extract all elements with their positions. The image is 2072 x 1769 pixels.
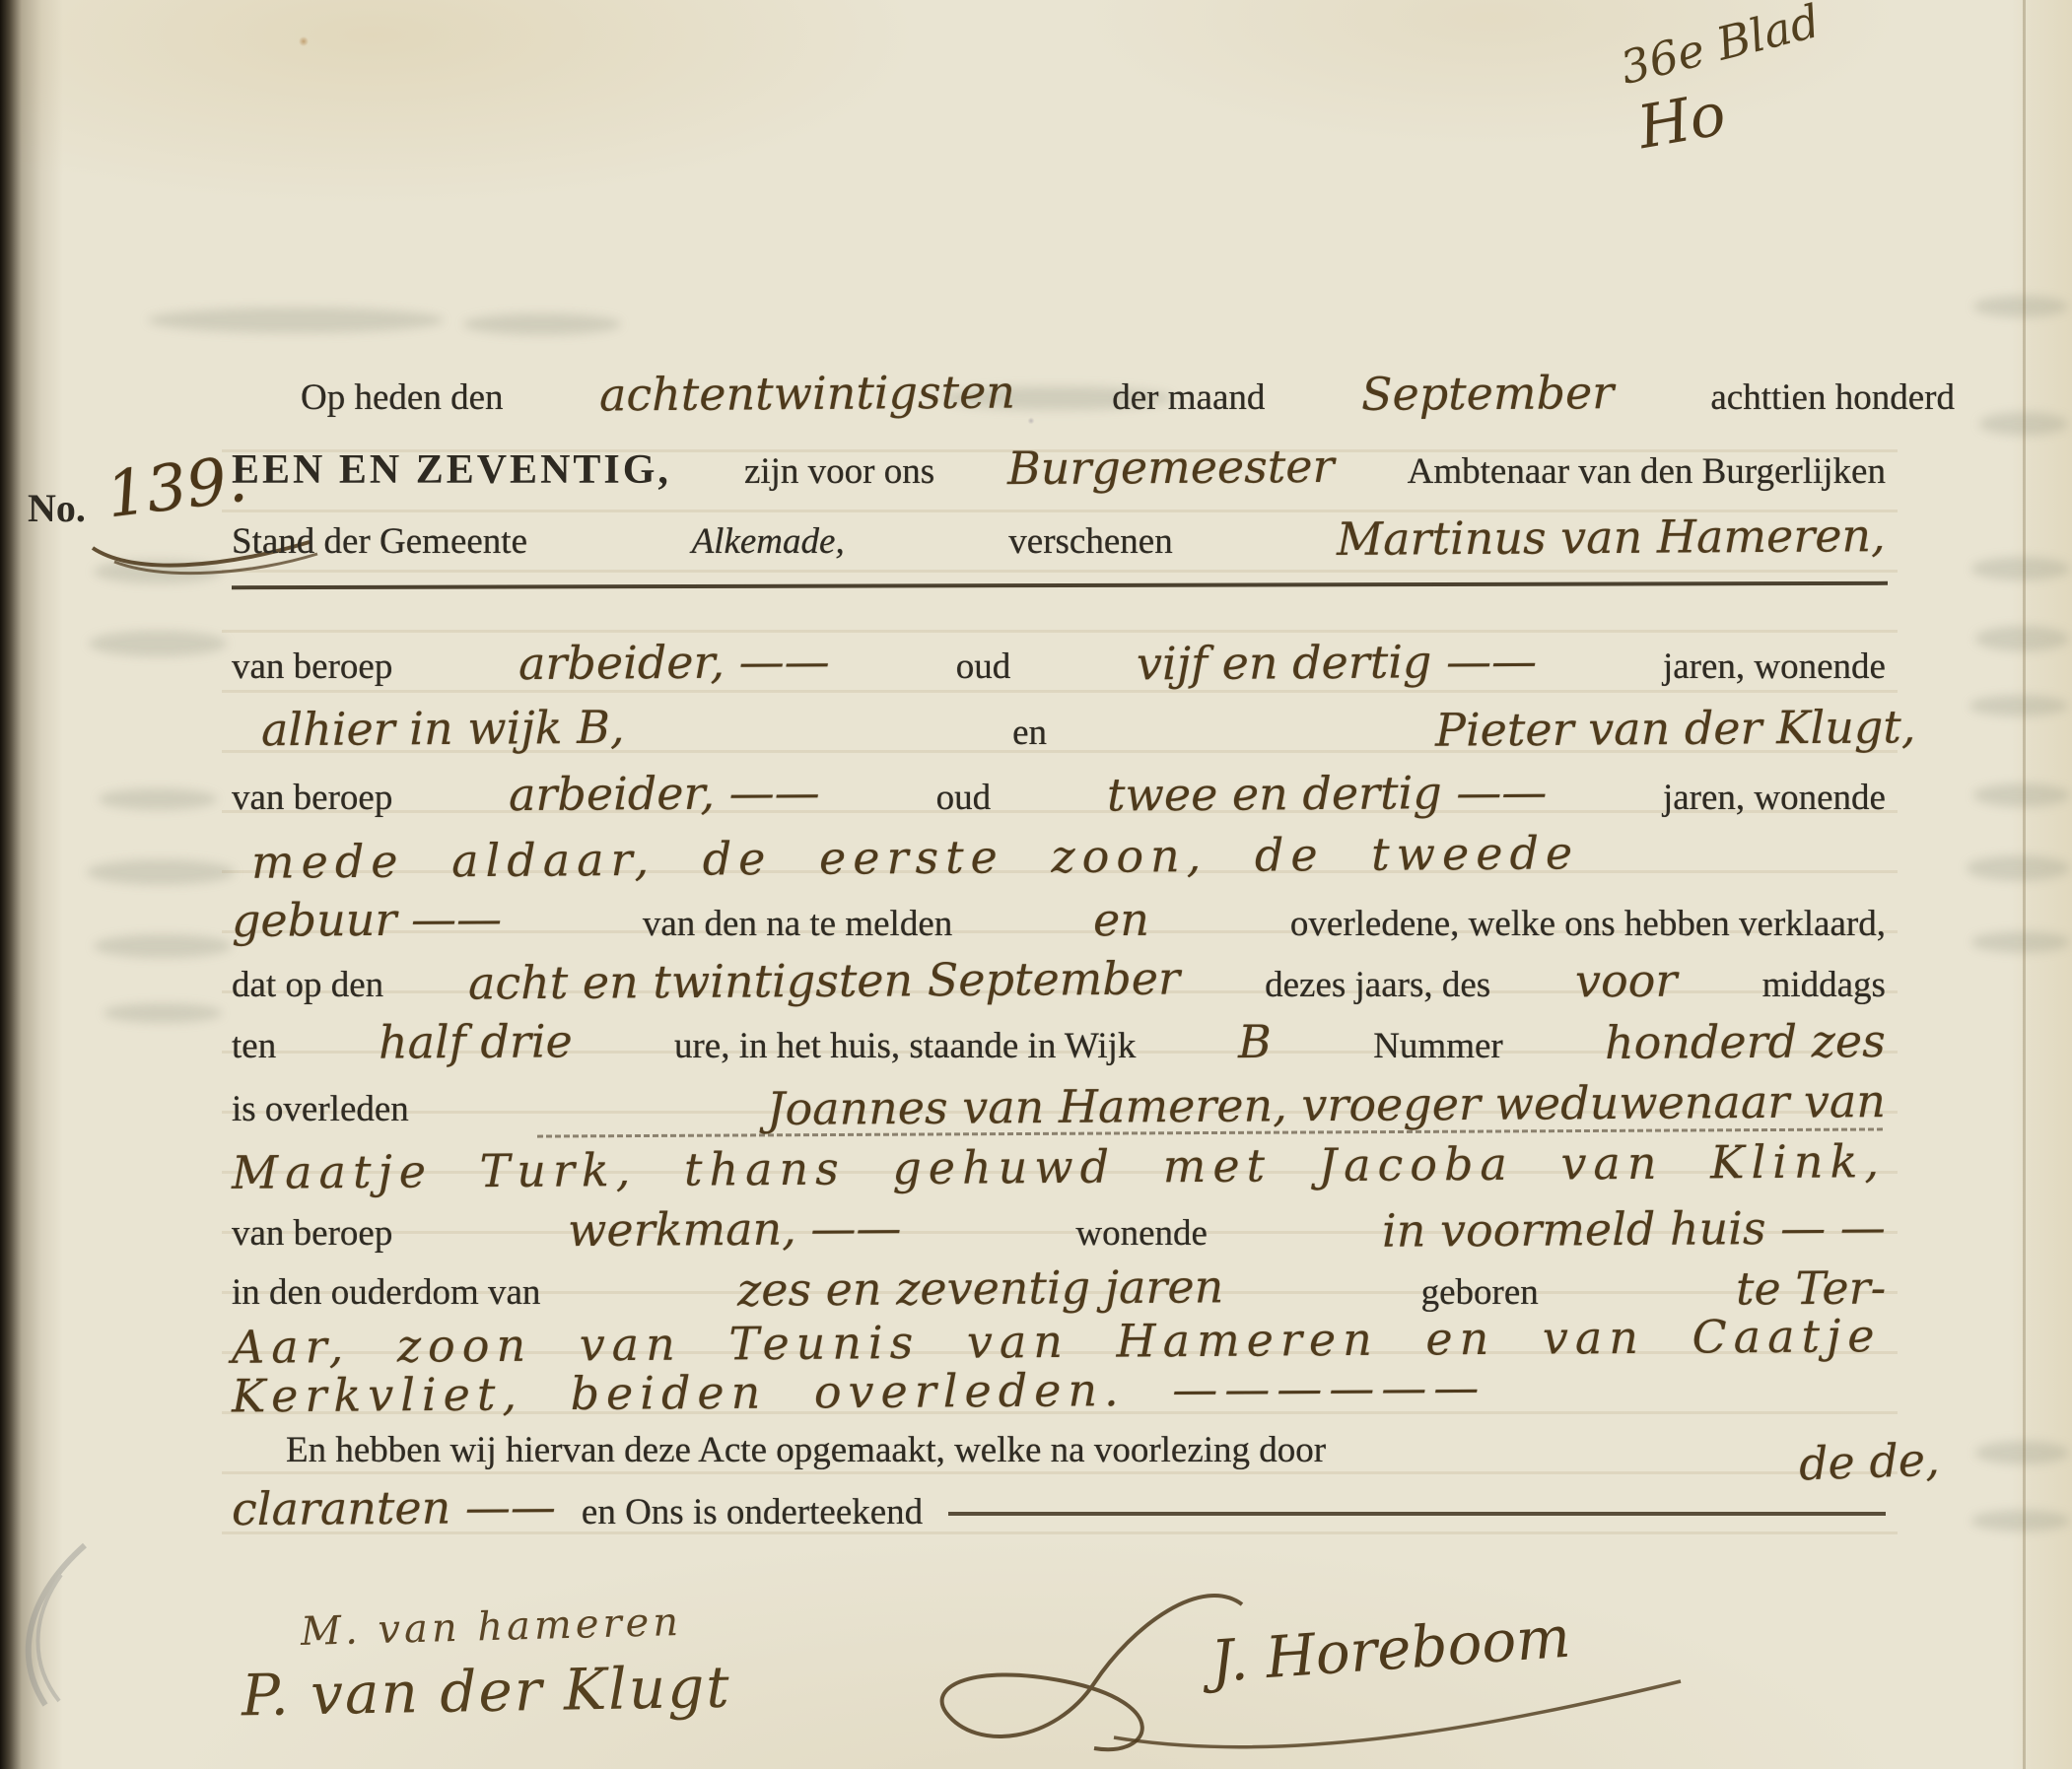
document-line: Stand der GemeenteAlkemade,verschenenMar… [232, 510, 1886, 564]
document-line: Op heden denachtentwintigstender maandSe… [232, 367, 1955, 420]
signature-official-name: J. Horeboom [1199, 1603, 1572, 1696]
bleed-through-smudge [104, 1003, 222, 1023]
bleed-through-smudge [94, 934, 232, 958]
printed-text: van beroep [232, 646, 392, 688]
bleed-through-smudge [1973, 783, 2070, 807]
printed-text: verschenen [1008, 520, 1172, 563]
handwritten-text: achtentwintigsten [599, 366, 1015, 422]
printed-text: van beroep [232, 777, 392, 819]
bleed-through-smudge [1969, 695, 2068, 716]
handwritten-text: Martinus van Hameren, [1337, 509, 1886, 566]
document-line: En hebben wij hiervan deze Acte opgemaak… [232, 1419, 1940, 1472]
printed-text: geboren [1421, 1271, 1539, 1314]
printed-text: der maand [1112, 376, 1265, 419]
printed-text: jaren, wonende [1663, 777, 1886, 819]
document-line: Aar, zoon van Teunis van Hameren en van … [232, 1315, 1886, 1368]
bleed-through-smudge [1973, 296, 2068, 317]
handwritten-text: zes en zeventig jaren [737, 1259, 1224, 1316]
printed-text: Nummer [1373, 1025, 1503, 1067]
handwritten-text: te Ter- [1736, 1260, 1887, 1315]
fill-in-rule [948, 1512, 1886, 1516]
bleed-through-smudge [99, 788, 217, 810]
printed-text: is overleden [232, 1088, 409, 1130]
handwritten-text: in voormeld huis — — [1382, 1200, 1886, 1258]
handwritten-text: Joannes van Hameren, vroeger weduwenaar … [767, 1074, 1886, 1135]
printed-text: dezes jaars, des [1265, 964, 1490, 1006]
signature-official: J. Horeboom [917, 1565, 1695, 1767]
printed-text: van beroep [232, 1212, 392, 1255]
signature-declarant-2: P. van der Klugt [241, 1654, 731, 1730]
printed-text: EEN EN ZEVENTIG, [232, 446, 671, 494]
handwritten-paraph: Ho [1633, 80, 1731, 163]
document-line: EEN EN ZEVENTIG,zijn voor onsBurgemeeste… [232, 441, 1886, 494]
document-line: van beroeparbeider, ——oudvijf en dertig … [232, 636, 1886, 689]
handwritten-text: alhier in wijk B, [261, 701, 625, 757]
document-line: van beroepwerkman, ——wonendein voormeld … [232, 1202, 1886, 1256]
printed-text: Op heden den [301, 376, 504, 419]
bleed-through-smudge [1967, 855, 2070, 881]
death-certificate-page: 36e Blad Ho No. 139. Op heden denachtent… [0, 0, 2072, 1769]
document-line: alhier in wijk B,enPieter van der Klugt, [232, 702, 1915, 755]
document-line: tenhalf drieure, in het huis, staande in… [232, 1015, 1886, 1068]
act-number: 139. [103, 443, 250, 533]
handwritten-text: Maatje Turk, thans gehuwd met Jacoba van… [232, 1134, 1886, 1199]
bleed-through-smudge [1971, 557, 2070, 580]
printed-text: zijn voor ons [744, 450, 934, 493]
printed-text: van den na te melden [643, 903, 952, 945]
printed-text: Alkemade, [692, 520, 845, 563]
handwritten-text: Kerkvliet, beiden overleden. —————— [232, 1361, 1486, 1423]
printed-text: ure, in het huis, staande in Wijk [674, 1025, 1136, 1067]
page-fold-line [2023, 0, 2026, 1769]
printed-text: achttien honderd [1710, 376, 1955, 419]
printed-text: Ambtenaar van den Burgerlijken [1408, 450, 1886, 493]
document-line: mede aldaar, de eerste zoon, de tweede [232, 831, 1905, 884]
printed-text: jaren, wonende [1663, 646, 1886, 688]
document-line: Maatje Turk, thans gehuwd met Jacoba van… [232, 1140, 1886, 1193]
handwritten-text: mede aldaar, de eerste zoon, de tweede [251, 826, 1580, 888]
handwritten-text: werkman, —— [567, 1201, 901, 1257]
bleed-through-smudge [148, 307, 444, 333]
handwritten-text: claranten —— [232, 1480, 556, 1535]
document-line: in den ouderdom vanzes en zeventig jaren… [232, 1261, 1886, 1315]
handwritten-text: acht en twintigsten September [468, 951, 1180, 1009]
pencil-mark [0, 1537, 108, 1715]
printed-text: overledene, welke ons hebben verklaard, [1290, 903, 1886, 945]
handwritten-text: half drie [379, 1014, 573, 1068]
handwritten-text: voor [1575, 954, 1678, 1008]
handwritten-text: vijf en dertig —— [1137, 635, 1537, 691]
printed-text: Stand der Gemeente [232, 520, 527, 563]
bleed-through-smudge [463, 313, 621, 335]
bleed-through-smudge [1971, 1510, 2070, 1531]
bleed-through-smudge [89, 631, 227, 656]
printed-text: oud [936, 777, 992, 819]
handwritten-text: Pieter van der Klugt, [1434, 700, 1915, 756]
document-line: claranten ——en Ons is onderteekend [232, 1481, 1886, 1534]
document-line: dat op denacht en twintigsten Septemberd… [232, 954, 1886, 1007]
handwritten-text: arbeider, —— [518, 635, 830, 690]
bleed-through-smudge [1971, 931, 2070, 953]
handwritten-text: twee en dertig —— [1107, 765, 1548, 821]
bleed-through-smudge [87, 859, 235, 885]
signature-declarant-1: M. van hameren [300, 1599, 682, 1655]
handwritten-text: Burgemeester [1007, 440, 1335, 495]
document-line: Kerkvliet, beiden overleden. —————— [232, 1365, 1886, 1418]
handwritten-text: September [1361, 366, 1615, 421]
printed-text: wonende [1075, 1212, 1208, 1255]
printed-text: en Ons is onderteekend [582, 1491, 923, 1533]
printed-text: en [1012, 712, 1047, 754]
printed-text: in den ouderdom van [232, 1271, 540, 1314]
document-line: is overledenJoannes van Hameren, vroeger… [232, 1078, 1886, 1131]
handwritten-text: B [1238, 1015, 1272, 1068]
drawn-rule-line [232, 581, 1888, 589]
handwritten-sheet-number: 36e Blad [1616, 0, 1826, 95]
printed-text: dat op den [232, 964, 383, 1006]
act-number-label: No. [28, 485, 86, 531]
printed-text: ten [232, 1025, 276, 1067]
handwritten-text: en [1093, 893, 1149, 946]
document-line: van beroeparbeider, ——oudtwee en dertig … [232, 767, 1886, 820]
printed-text: middags [1762, 964, 1886, 1006]
handwritten-text: gebuur —— [232, 892, 502, 947]
printed-text: En hebben wij hiervan deze Acte opgemaak… [286, 1429, 1326, 1471]
document-line: gebuur ——van den na te meldenenoverleden… [232, 893, 1886, 946]
printed-text: oud [956, 646, 1011, 688]
handwritten-text: honderd zes [1605, 1014, 1886, 1069]
handwritten-text: arbeider, —— [509, 766, 820, 821]
